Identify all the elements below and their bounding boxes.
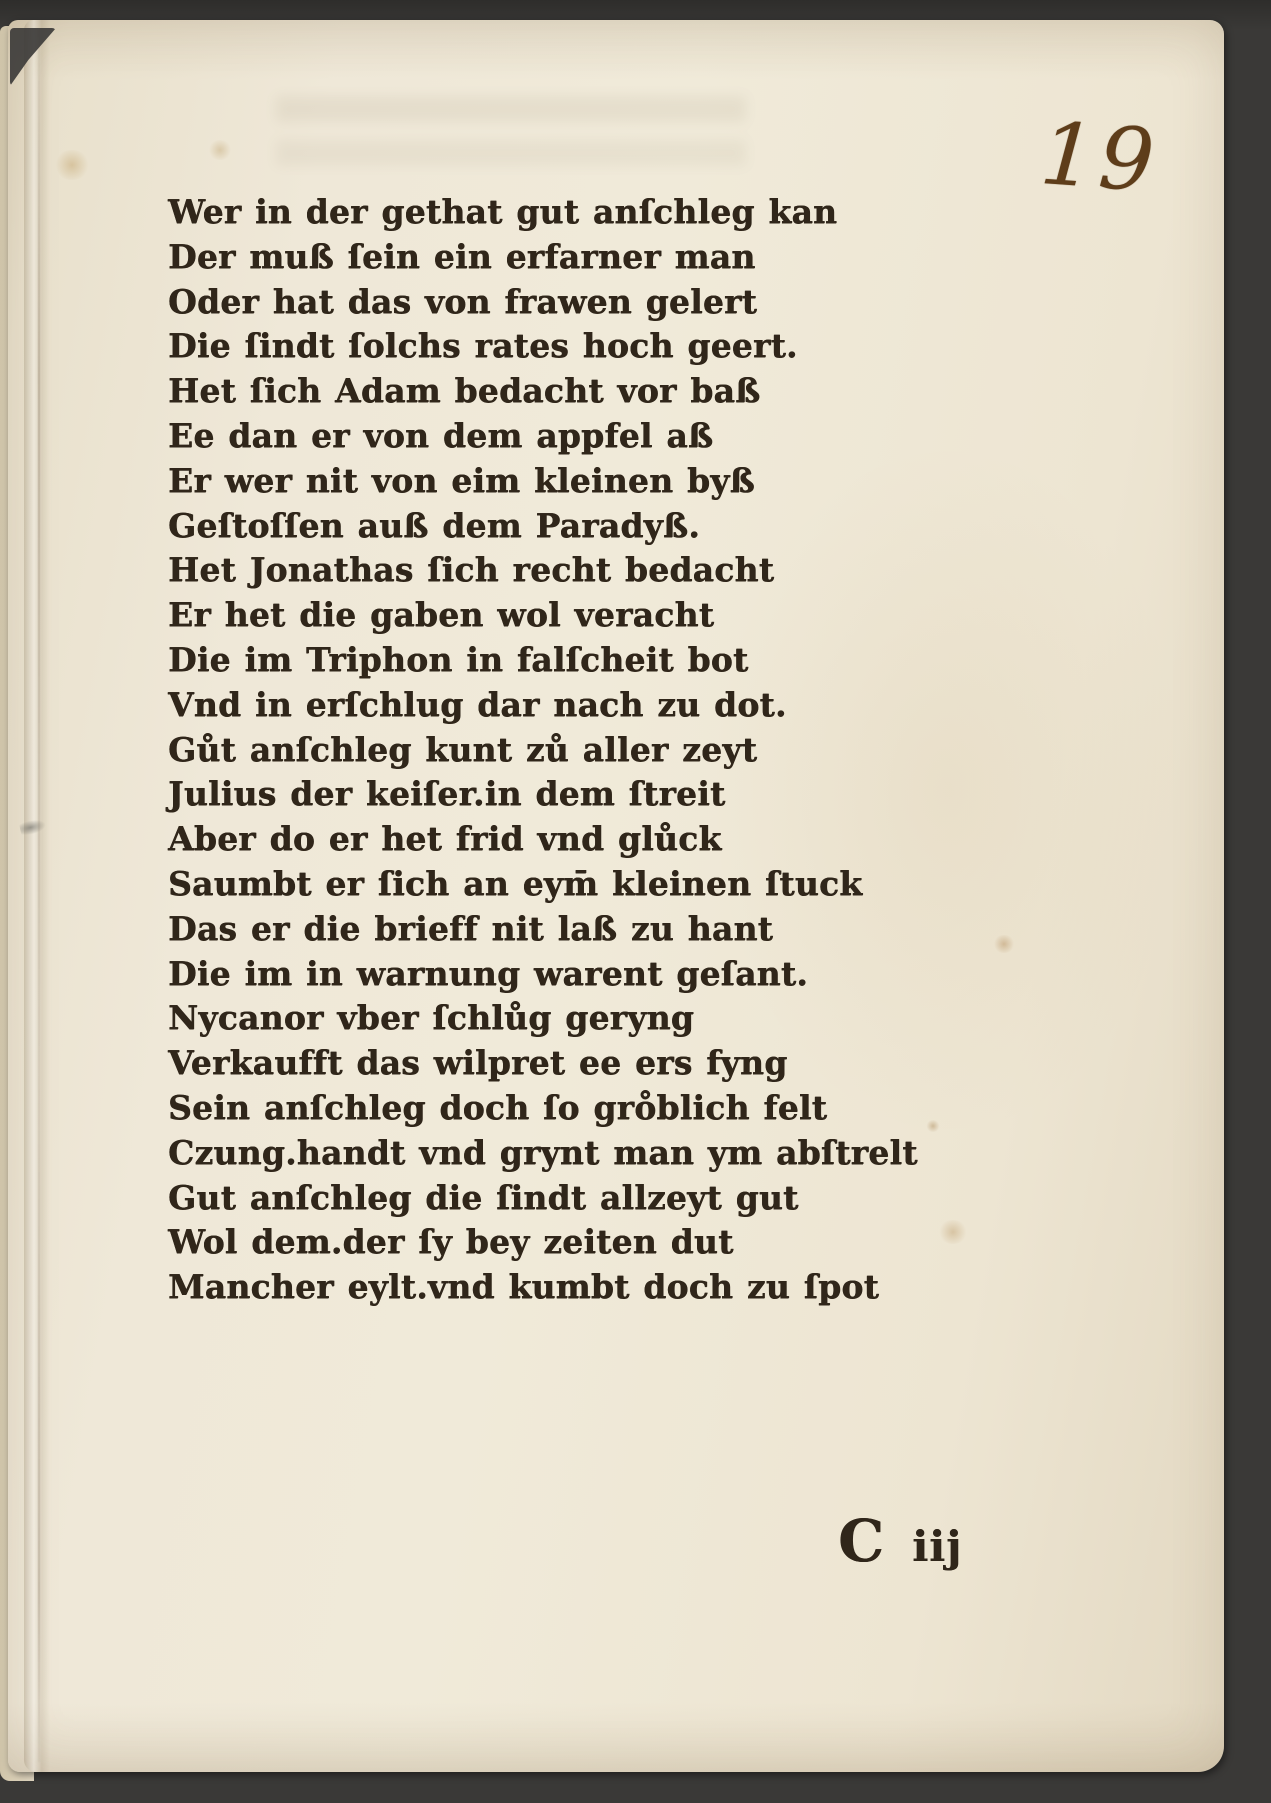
signature-letter: C (838, 1512, 884, 1570)
verse-line: Er wer nit von eim kleinen byß (168, 459, 948, 504)
gutter-fold-line (38, 30, 40, 1762)
verse-line: Ee dan er von dem appfel aß (168, 414, 948, 459)
verse-text-block: Wer in der gethat gut anſchleg kanDer mu… (168, 190, 948, 1310)
verse-line: Die im in warnung warent geſant. (168, 952, 948, 997)
verse-line: Saumbt er ſich an eym̄ kleinen ſtuck (168, 862, 948, 907)
verse-line: Sein anſchleg doch ſo gro̊blich felt (168, 1086, 948, 1131)
verse-line: Czung.handt vnd grynt man ym abſtrelt (168, 1131, 948, 1176)
paper-stain (54, 150, 90, 180)
verse-line: Er het die gaben wol veracht (168, 593, 948, 638)
verse-line: Das er die brieff nit laß zu hant (168, 907, 948, 952)
paper-stain (208, 140, 232, 160)
verse-line: Gůt anſchleg kunt zů aller zeyt (168, 728, 948, 773)
verse-line: Gut anſchleg die ſindt allzeyt gut (168, 1176, 948, 1221)
verse-line: Julius der keiſer.in dem ſtreit (168, 772, 948, 817)
verse-line: Verkaufft das wilpret ee ers fyng (168, 1041, 948, 1086)
verse-line: Het Jonathas ſich recht bedacht (168, 548, 948, 593)
verse-line: Die im Triphon in falſcheit bot (168, 638, 948, 683)
verse-line: Wol dem.der ſy bey zeiten dut (168, 1220, 948, 1265)
verso-text-showthrough (276, 82, 746, 182)
verse-line: Geſtoſſen auß dem Paradyß. (168, 504, 948, 549)
verse-line: Mancher eylt.vnd kumbt doch zu ſpot (168, 1265, 948, 1310)
verse-line: Nycanor vber ſchlůg geryng (168, 996, 948, 1041)
verse-line: Het ſich Adam bedacht vor baß (168, 369, 948, 414)
verse-line: Aber do er het frid vnd glůck (168, 817, 948, 862)
paper-stain (993, 935, 1015, 953)
verse-line: Vnd in erſchlug dar nach zu dot. (168, 683, 948, 728)
verse-line: Wer in der gethat gut anſchleg kan (168, 190, 948, 235)
verse-line: Der muß ſein ein erfarner man (168, 235, 948, 280)
verse-line: Oder hat das von frawen gelert (168, 280, 948, 325)
scanned-book-photo: 19 Wer in der gethat gut anſchleg kanDer… (0, 0, 1271, 1803)
handwritten-folio-number: 19 (1032, 104, 1164, 282)
quire-signature-mark: C iij (838, 1512, 962, 1570)
signature-numeral: iij (912, 1526, 962, 1568)
book-page: 19 Wer in der gethat gut anſchleg kanDer… (8, 20, 1224, 1772)
gutter-crease (24, 20, 50, 1772)
verse-line: Die ſindt ſolchs rates hoch geert. (168, 324, 948, 369)
